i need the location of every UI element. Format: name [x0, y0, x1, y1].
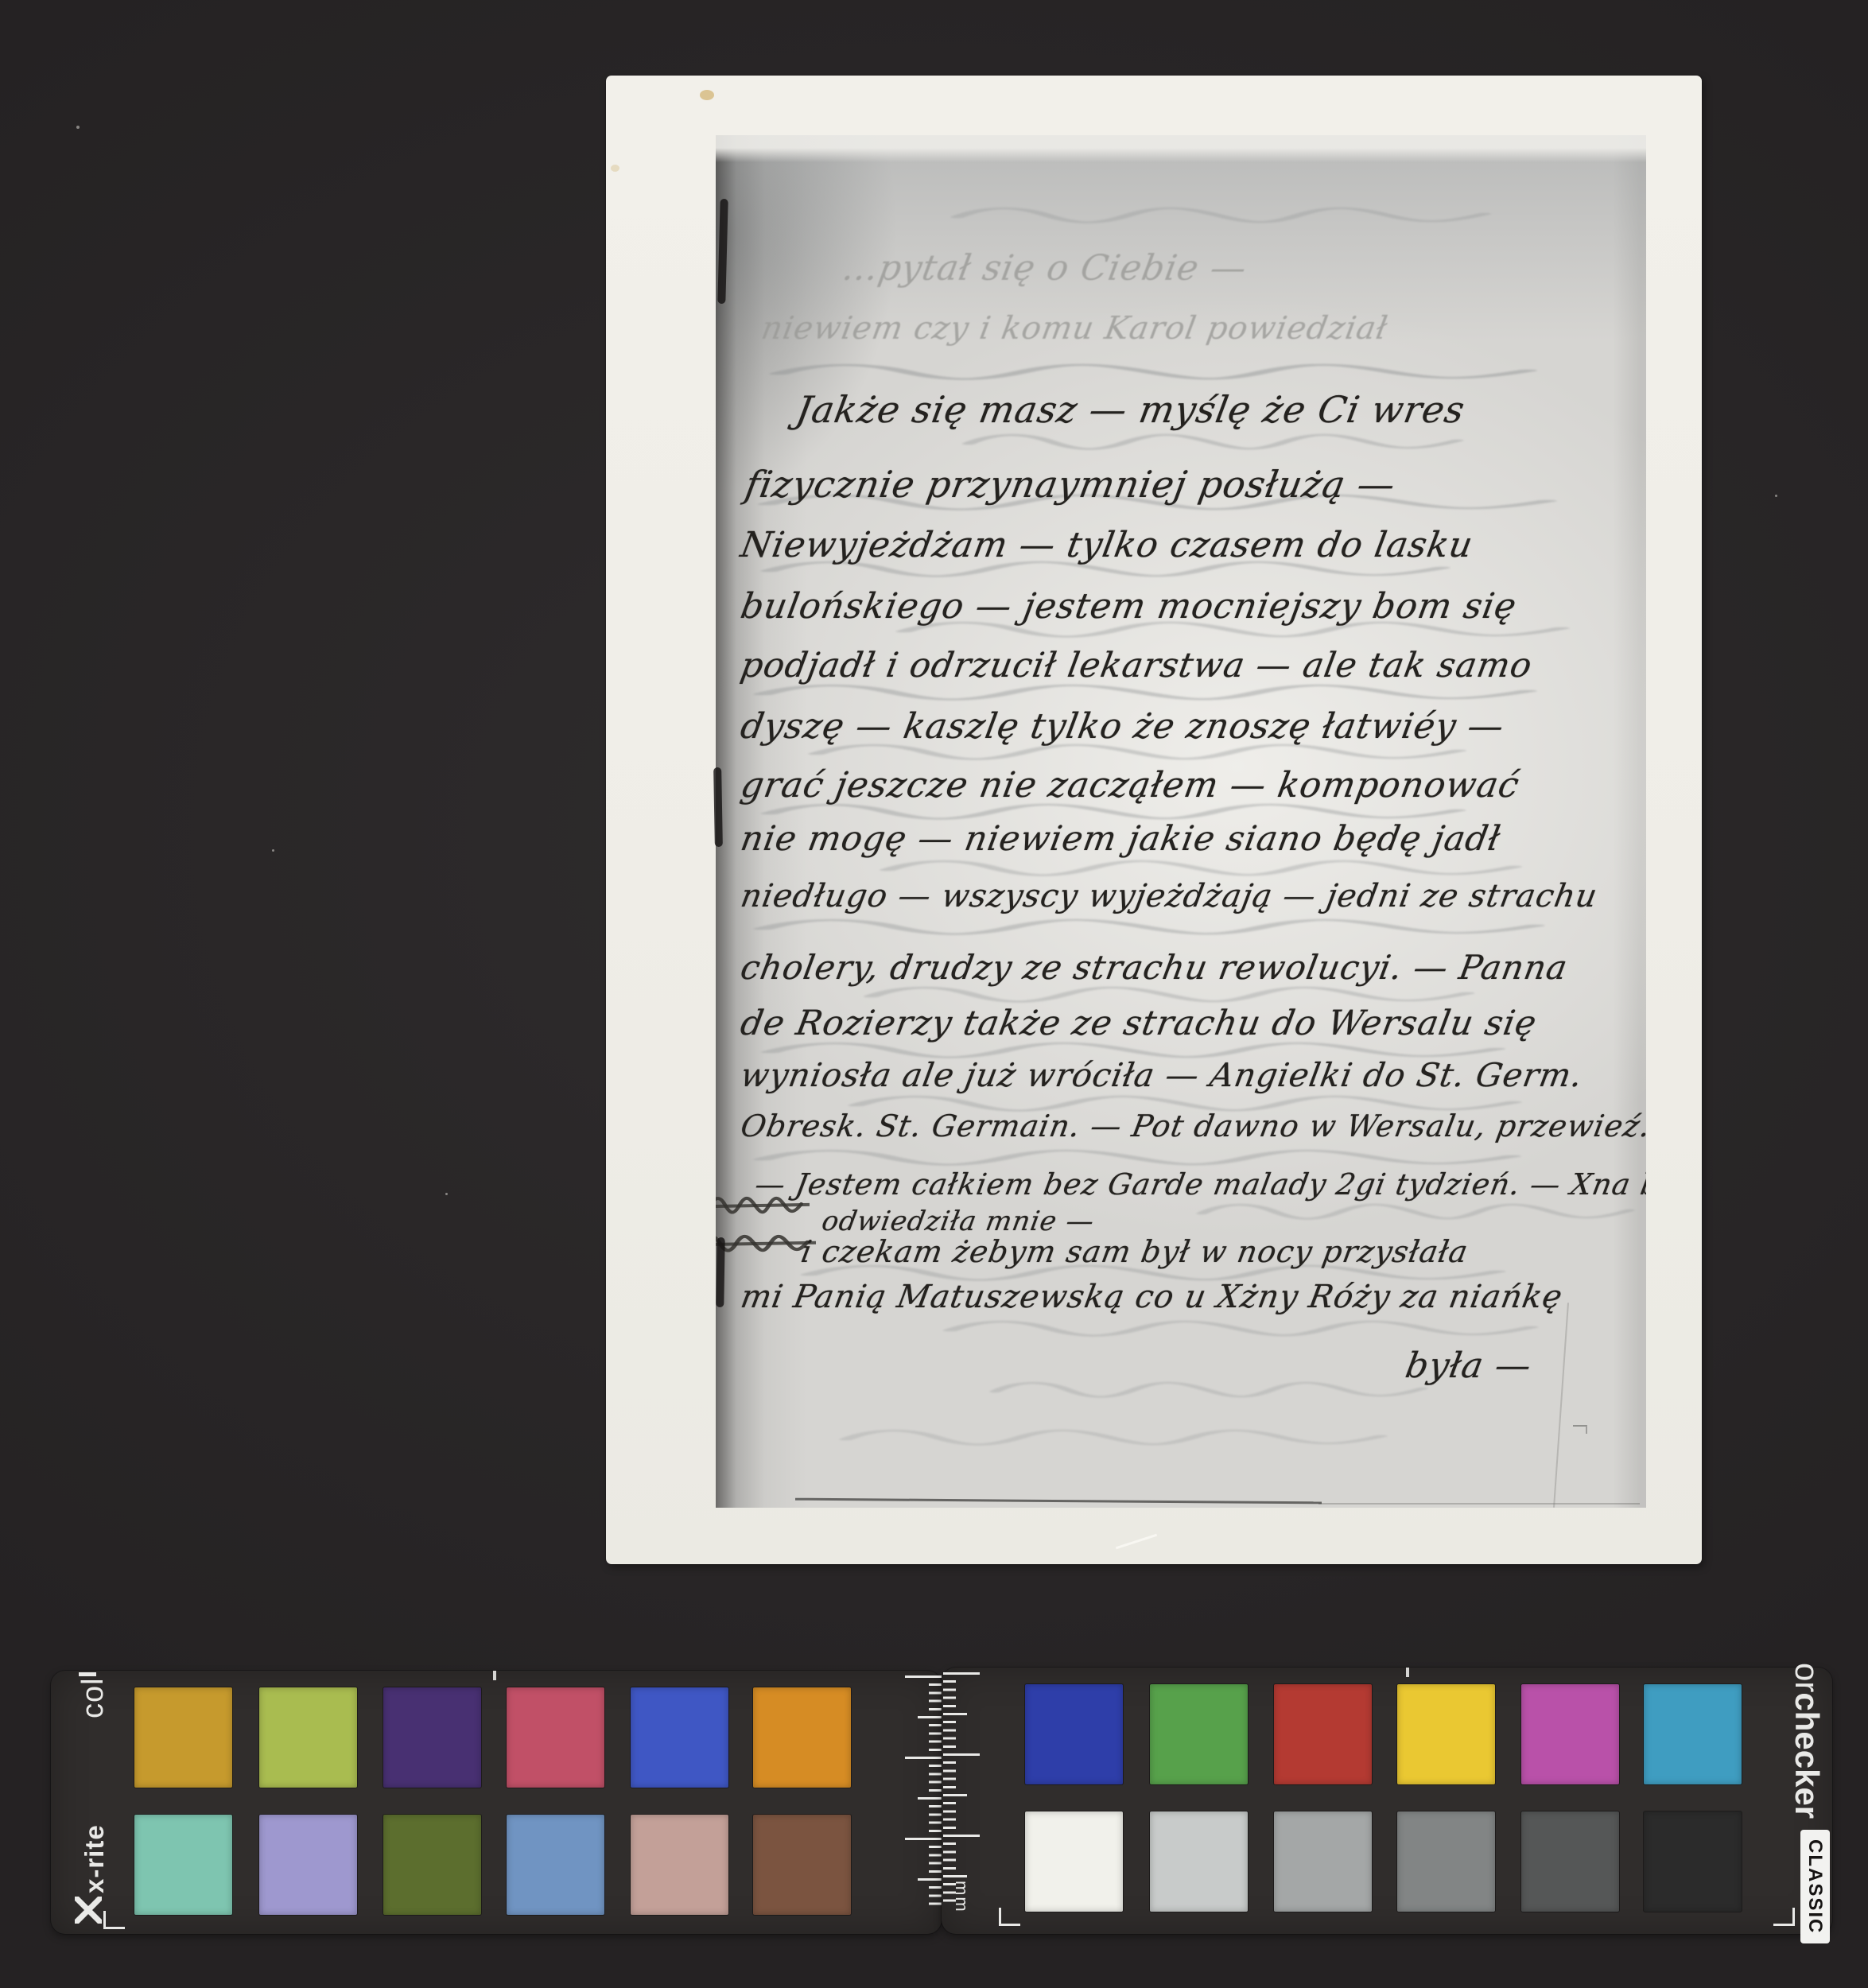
- color-swatch-r1c1: [1025, 1684, 1123, 1784]
- color-swatch-r1c4: [1397, 1684, 1495, 1784]
- bleedthrough-script-line: [938, 1316, 1543, 1340]
- registration-tick: [493, 1671, 496, 1680]
- color-swatch-r2c4: [1397, 1811, 1495, 1912]
- colorchecker-edge-label-left: col: [76, 1677, 111, 1718]
- colorchecker-right-half: mm orchecker CLASSIC: [942, 1668, 1832, 1934]
- color-swatch-r2c6: [1644, 1811, 1742, 1912]
- bleedthrough-script-line: [986, 1377, 1431, 1401]
- handwriting-line: odwiedziła mnie —: [819, 1206, 1097, 1237]
- pencil-mark: [1573, 1425, 1587, 1434]
- classic-badge: CLASSIC: [1804, 1830, 1826, 1943]
- color-swatch-r1c5: [631, 1687, 728, 1788]
- color-swatch-r2c5: [631, 1815, 728, 1915]
- bleedthrough-script-line: [835, 1425, 1392, 1449]
- color-swatch-r1c4: [507, 1687, 604, 1788]
- colorchecker-left-half: col x-rite: [51, 1671, 942, 1934]
- page-bottom-edge: [795, 1498, 1322, 1505]
- colorchecker-edge-label-right: orchecker: [1788, 1663, 1826, 1819]
- dust-speck: [76, 126, 80, 129]
- color-swatch-r1c1: [134, 1687, 232, 1788]
- corner-bracket: [103, 1911, 125, 1929]
- handwriting-line: dyszę — kaszlę tylko że znoszę łatwiéy —: [738, 706, 1508, 747]
- handwriting-line: bulońskiego — jestem mocniejszy bom się: [738, 586, 1520, 627]
- handwriting-line: wyniosła ale już wróciła — Angielki do S…: [738, 1056, 1586, 1094]
- corner-bracket: [1773, 1908, 1795, 1926]
- corner-bracket: [999, 1908, 1020, 1926]
- color-swatch-r1c3: [1274, 1684, 1372, 1784]
- color-swatch-r1c3: [383, 1687, 481, 1788]
- letter-page: …pytał się o Ciebie —niewiem czy i komu …: [716, 135, 1646, 1508]
- bleedthrough-script-line: [748, 914, 1551, 938]
- color-swatch-r1c5: [1521, 1684, 1619, 1784]
- color-swatch-r2c5: [1521, 1811, 1619, 1912]
- bleedthrough-script-line: [763, 359, 1543, 383]
- color-swatch-r2c3: [1274, 1811, 1372, 1912]
- page-bottom-edge: [1318, 1503, 1640, 1505]
- bleedthrough-script-line: [875, 856, 1527, 879]
- bleedthrough-script-line: [748, 1145, 1527, 1169]
- dust-speck: [445, 1193, 448, 1195]
- color-swatch-r2c3: [383, 1815, 481, 1915]
- archival-scan-scene: …pytał się o Ciebie —niewiem czy i komu …: [0, 0, 1868, 1988]
- handwriting-line: i czekam żebym sam był w nocy przysłała: [798, 1234, 1471, 1269]
- ruler-unit-label: mm: [951, 1881, 972, 1913]
- handwriting-line: cholery, drudzy ze strachu rewolucyi. — …: [738, 948, 1571, 987]
- handwriting-line: podjadł i odrzucił lekarstwa — ale tak s…: [738, 646, 1536, 685]
- color-swatch-r1c6: [1644, 1684, 1742, 1784]
- handwriting-line: Jakże się masz — myślę że Ci wres: [793, 388, 1468, 431]
- staple-mark: [716, 1237, 725, 1307]
- color-swatch-r2c1: [1025, 1811, 1123, 1912]
- handwriting-line: nie mogę — niewiem jakie siano będę jadł: [738, 819, 1504, 859]
- faint-handwriting-line: niewiem czy i komu Karol powiedział: [759, 310, 1391, 347]
- xrite-brand-label: x-rite: [80, 1824, 110, 1893]
- page-crease: [1553, 1303, 1569, 1508]
- bleedthrough-script-line: [946, 203, 1495, 227]
- bleedthrough-script-line: [958, 429, 1467, 453]
- color-swatch-r1c2: [259, 1687, 357, 1788]
- cut-letter-mark: [79, 1672, 96, 1676]
- handwriting-line: Niewyjeżdżam — tylko czasem do lasku: [738, 525, 1477, 565]
- staple-mark: [713, 767, 723, 847]
- handwriting-line: fizycznie przynaymniej posłużą —: [742, 463, 1399, 506]
- registration-tick: [1406, 1668, 1409, 1677]
- bleedthrough-script-line: [1193, 1199, 1638, 1223]
- edge-label-light: or: [1788, 1663, 1826, 1692]
- color-swatch-r2c4: [507, 1815, 604, 1915]
- edge-label-bold: checker: [1788, 1692, 1826, 1819]
- handwriting-line: grać jeszcze nie zacząłem — komponować: [738, 765, 1523, 806]
- handwriting-line: mi Panią Matuszewską co u Xżny Róży za n…: [738, 1279, 1566, 1315]
- handwriting-line: była —: [1403, 1345, 1536, 1386]
- paper-stain: [611, 165, 619, 172]
- paper-scratch: [1116, 1534, 1157, 1550]
- mm-ruler-right-half: [943, 1672, 981, 1905]
- handwriting-line: — Jestem całkiem bez Garde malady 2gi ty…: [752, 1167, 1646, 1202]
- handwriting-line: de Rozierzy także ze strachu do Wersalu …: [738, 1004, 1540, 1043]
- paper-stain: [700, 90, 714, 100]
- mm-ruler-left-half: [903, 1675, 942, 1908]
- dust-speck: [272, 849, 274, 852]
- faint-handwriting-line: …pytał się o Ciebie —: [840, 248, 1250, 289]
- xrite-logo-icon: [75, 1897, 102, 1928]
- dust-speck: [1775, 495, 1777, 497]
- color-swatch-r2c2: [259, 1815, 357, 1915]
- color-swatch-r2c6: [753, 1815, 851, 1915]
- handwriting-line: Obresk. St. Germain. — Pot dawno w Wersa…: [738, 1109, 1646, 1143]
- color-swatch-r1c2: [1150, 1684, 1248, 1784]
- handwriting-line: niedługo — wszyscy wyjeżdżają — jedni ze…: [738, 878, 1601, 914]
- color-swatch-r1c6: [753, 1687, 851, 1788]
- color-swatch-r2c1: [134, 1815, 232, 1915]
- color-swatch-r2c2: [1150, 1811, 1248, 1912]
